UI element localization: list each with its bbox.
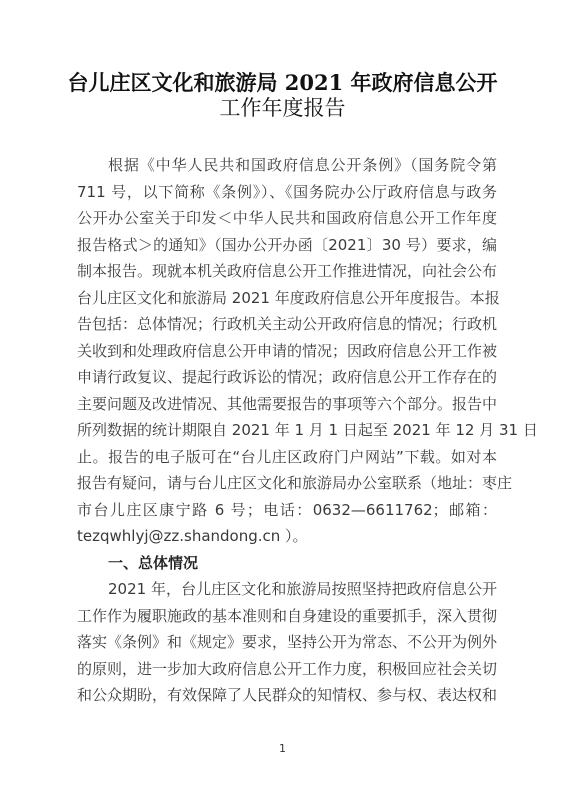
paragraph-line: 申请行政复议、提起行政诉讼的情况；政府信息公开工作存在的 [77, 364, 497, 390]
paragraph-line: 711 号，以下简称《条例》）、《国务院办公厅政府信息与政务 [77, 179, 497, 205]
email-line: tezqwhlyj@zz.shandong.cn ）。 [77, 523, 497, 549]
paragraph-line: 公开办公室关于印发＜中华人民共和国政府信息公开工作年度 [77, 205, 497, 231]
paragraph-line: 工作作为履职施政的基本准则和自身建设的重要抓手，深入贯彻 [77, 603, 497, 629]
paragraph-line: 报告有疑问，请与台儿庄区文化和旅游局办公室联系（地址：枣庄 [77, 470, 497, 496]
section-heading: 一、总体情况 [108, 550, 198, 576]
document-title-line-2: 工作年度报告 [0, 92, 565, 122]
paragraph-line: 市台儿庄区康宁路 6 号；电话：0632—6611762；邮箱： [77, 497, 497, 523]
document-page: 台儿庄区文化和旅游局 2021 年政府信息公开 工作年度报告 根据《中华人民共和… [0, 0, 565, 799]
page-number: 1 [0, 742, 565, 755]
paragraph-line: 止。报告的电子版可在“台儿庄区政府门户网站”下载。如对本 [77, 444, 497, 470]
paragraph-line: 主要问题及改进情况、其他需要报告的事项等六个部分。报告中 [77, 391, 497, 417]
paragraph-line: 台儿庄区文化和旅游局 2021 年度政府信息公开年度报告。本报 [77, 285, 497, 311]
paragraph-line: 所列数据的统计期限自 2021 年 1 月 1 日起至 2021 年 12 月 … [77, 417, 497, 443]
paragraph-line: 2021 年，台儿庄区文化和旅游局按照坚持把政府信息公开 [108, 576, 497, 602]
paragraph-line: 根据《中华人民共和国政府信息公开条例》（国务院令第 [108, 152, 497, 178]
paragraph-line: 关收到和处理政府信息公开申请的情况；因政府信息公开工作被 [77, 338, 497, 364]
paragraph-line: 告包括：总体情况；行政机关主动公开政府信息的情况；行政机 [77, 311, 497, 337]
paragraph-line: 落实《条例》和《规定》要求，坚持公开为常态、不公开为例外 [77, 629, 497, 655]
paragraph-line: 报告格式＞的通知》（国办公开办函〔2021〕30 号）要求，编 [77, 232, 497, 258]
paragraph-line: 的原则，进一步加大政府信息公开工作力度，积极回应社会关切 [77, 656, 497, 682]
paragraph-line: 和公众期盼，有效保障了人民群众的知情权、参与权、表达权和 [77, 682, 497, 708]
paragraph-line: 制本报告。现就本机关政府信息公开工作推进情况，向社会公布 [77, 258, 497, 284]
